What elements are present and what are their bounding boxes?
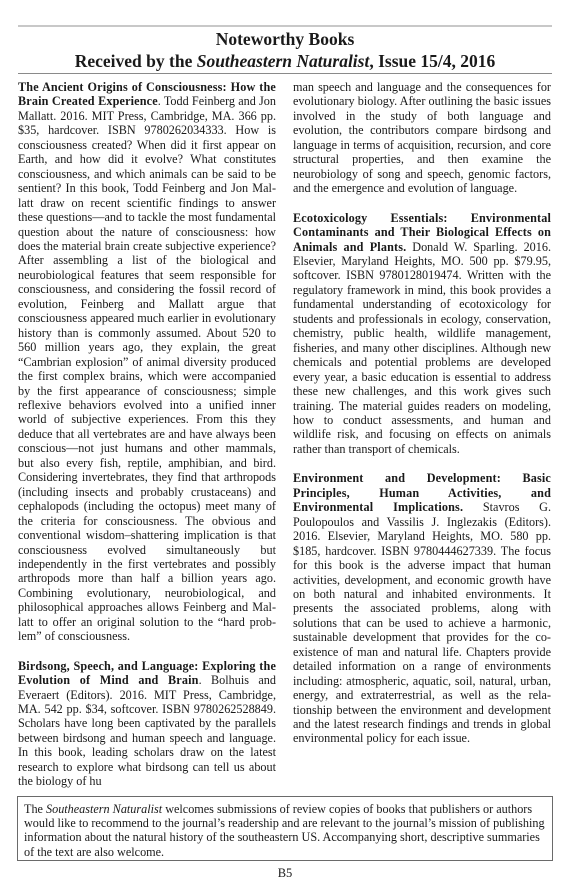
subtitle-suffix: , Issue 15/4, 2016: [369, 51, 495, 71]
right-column: man speech and language and the conseque…: [293, 80, 551, 761]
top-rule: [18, 25, 552, 27]
book-entry-birdsong: Birdsong, Speech, and Language: Explorin…: [18, 659, 276, 789]
book-description: The focus for this book is the adverse i…: [293, 544, 551, 746]
page-header: Noteworthy Books Received by the Southea…: [18, 29, 552, 72]
book-description: Written with the regulatory framework in…: [293, 268, 551, 455]
book-description-part1: Scholars have long been cap­tivated by t…: [18, 716, 276, 788]
journal-name: Southeastern Naturalist: [197, 51, 370, 71]
notice-journal-name: Southeastern Naturalist: [46, 802, 162, 816]
title-rule: [18, 73, 552, 74]
page-number: B5: [0, 866, 570, 881]
page-subtitle: Received by the Southeastern Naturalist,…: [18, 50, 552, 72]
book-entry-environment-development: Environment and Development: Basic Princ…: [293, 471, 551, 746]
left-column: The Ancient Origins of Consciousness: Ho…: [18, 80, 276, 804]
notice-prefix: The: [24, 802, 46, 816]
book-entry-birdsong-continued: man speech and language and the conseque…: [293, 80, 551, 196]
page-title: Noteworthy Books: [18, 29, 552, 50]
book-entry-ecotoxicology: Ecotoxicology Essentials: Environmental …: [293, 211, 551, 457]
submission-notice-box: The Southeastern Naturalist welcomes sub…: [17, 796, 553, 861]
book-description-part2: man speech and language and the conseque…: [293, 80, 551, 195]
book-description: How is consciousness created? When did i…: [18, 123, 276, 643]
subtitle-prefix: Received by the: [75, 51, 197, 71]
book-entry-ancient-origins: The Ancient Origins of Consciousness: Ho…: [18, 80, 276, 644]
